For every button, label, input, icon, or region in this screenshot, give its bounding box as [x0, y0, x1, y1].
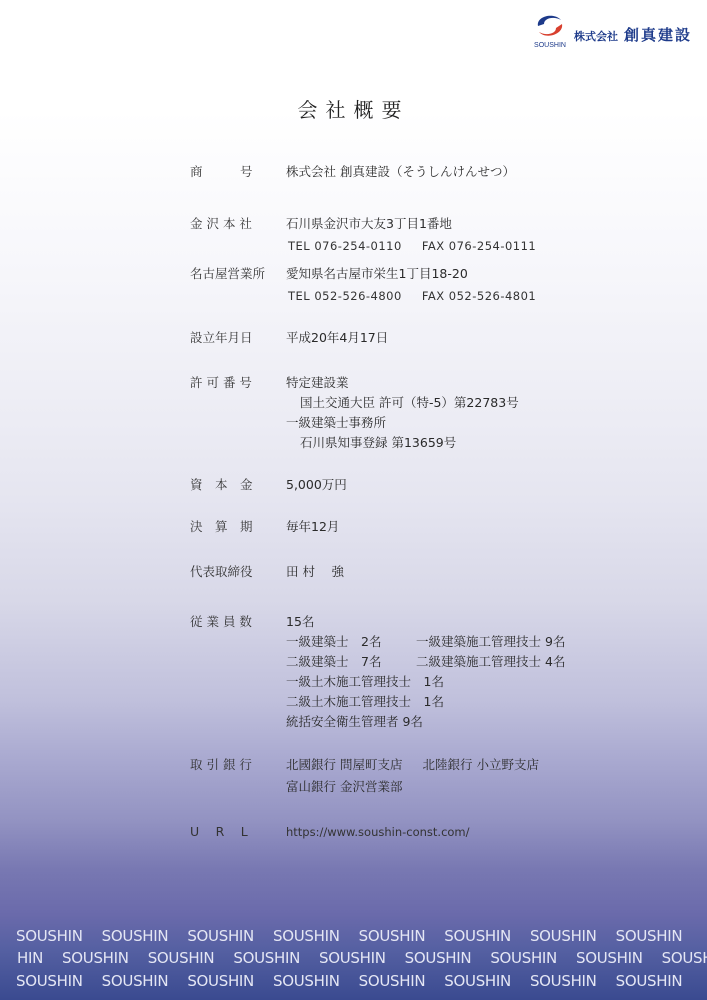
logo-name: 創真建設 — [624, 26, 692, 44]
license-line: 一級建築士事務所 — [286, 413, 519, 433]
employees-qual: 二級土木施工管理技士 1名 — [286, 692, 565, 712]
footer-brand-pattern: SOUSHINSOUSHINSOUSHINSOUSHINSOUSHINSOUSH… — [0, 924, 707, 1000]
banks-line: 北國銀行 問屋町支店北陸銀行 小立野支店 — [286, 755, 539, 777]
employees-qual: 一級建築士 2名 — [286, 632, 416, 652]
label-founded: 設立年月日 — [190, 328, 270, 348]
label-url: U R L — [190, 822, 270, 842]
label-banks: 取 引 銀 行 — [190, 755, 270, 775]
pattern-row: HINSOUSHINSOUSHINSOUSHINSOUSHINSOUSHINSO… — [17, 949, 707, 967]
hq-fax: FAX 076-254-0111 — [422, 239, 536, 253]
hq-address: 石川県金沢市大友3丁目1番地 — [286, 214, 536, 236]
bank: 北國銀行 問屋町支店 — [286, 757, 402, 772]
employees-pair: 一級建築士 2名一級建築施工管理技士 9名 — [286, 632, 565, 652]
value-fiscal: 毎年12月 — [286, 517, 339, 537]
label-trade-name: 商 号 — [190, 162, 270, 182]
pattern-row: SOUSHINSOUSHINSOUSHINSOUSHINSOUSHINSOUSH… — [16, 927, 701, 945]
nagoya-address: 愛知県名古屋市栄生1丁目18-20 — [286, 264, 536, 286]
value-ceo: 田 村 強 — [286, 562, 344, 582]
label-license: 許 可 番 号 — [190, 373, 270, 393]
hq-phone-fax: TEL 076-254-0110FAX 076-254-0111 — [286, 236, 536, 256]
employees-qual: 一級土木施工管理技士 1名 — [286, 672, 565, 692]
employees-qual: 二級建築士 7名 — [286, 652, 416, 672]
value-trade-name: 株式会社 創真建設（そうしんけんせつ） — [286, 162, 515, 182]
label-employees: 従 業 員 数 — [190, 612, 270, 632]
employees-qual: 一級建築施工管理技士 9名 — [416, 634, 565, 649]
logo-company-name: 株式会社創真建設 — [574, 24, 692, 45]
bank: 北陸銀行 小立野支店 — [422, 757, 538, 772]
pattern-row: SOUSHINSOUSHINSOUSHINSOUSHINSOUSHINSOUSH… — [16, 972, 701, 990]
nagoya-tel: TEL 052-526-4800 — [288, 289, 402, 303]
employees-qual: 統括安全衛生管理者 9名 — [286, 712, 565, 732]
logo-prefix: 株式会社 — [574, 30, 618, 43]
nagoya-phone-fax: TEL 052-526-4800FAX 052-526-4801 — [286, 286, 536, 306]
label-hq: 金 沢 本 社 — [190, 214, 270, 234]
logo-subtitle: SOUSHIN — [530, 42, 570, 49]
license-line: 石川県知事登録 第13659号 — [286, 433, 519, 453]
employees-qual: 二級建築施工管理技士 4名 — [416, 654, 565, 669]
label-capital: 資 本 金 — [190, 475, 270, 495]
nagoya-fax: FAX 052-526-4801 — [422, 289, 536, 303]
label-fiscal: 決 算 期 — [190, 517, 270, 537]
website-link[interactable]: https://www.soushin-const.com/ — [286, 822, 470, 842]
page-title: 会社概要 — [0, 94, 707, 123]
license-line: 国土交通大臣 許可（特-5）第22783号 — [286, 393, 519, 413]
employees-total: 15名 — [286, 612, 565, 632]
bank: 富山銀行 金沢営業部 — [286, 777, 539, 797]
license-line: 特定建設業 — [286, 373, 519, 393]
label-ceo: 代表取締役 — [190, 562, 270, 582]
value-founded: 平成20年4月17日 — [286, 328, 388, 348]
employees-pair: 二級建築士 7名二級建築施工管理技士 4名 — [286, 652, 565, 672]
hq-tel: TEL 076-254-0110 — [288, 239, 402, 253]
value-capital: 5,000万円 — [286, 475, 347, 495]
label-nagoya: 名古屋営業所 — [190, 264, 270, 284]
company-logo: SOUSHIN 株式会社創真建設 — [530, 12, 700, 54]
